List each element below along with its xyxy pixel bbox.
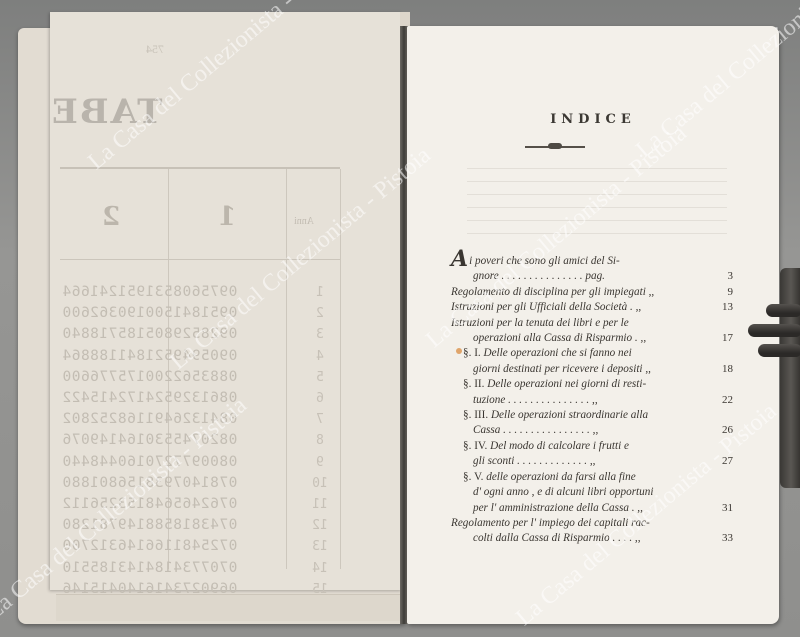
section-mark: §. I. [463, 347, 481, 359]
section-mark: §. IV. [463, 440, 487, 452]
row-index: 2 [308, 303, 332, 324]
toc-entry: Istruzioni per gli Ufficiali della Socie… [451, 300, 733, 315]
page-number: 3 [713, 269, 733, 284]
toc-entry: Regolamento di disciplina per gli impieg… [451, 285, 733, 300]
page-number: 22 [713, 393, 733, 408]
table-header-rule [60, 259, 340, 260]
folded-table-page: 754 TABE 2 1 Anni 0975608531951241664 09… [50, 12, 402, 590]
table-row: 0975608531951241664 [62, 282, 292, 303]
corner-mark: 754 [146, 42, 164, 57]
row-index: 6 [308, 388, 332, 409]
fold-bottom-strip [56, 594, 402, 621]
clip-finger [758, 344, 800, 357]
table-row: 0725481166146312700 [62, 536, 292, 557]
page-number: 33 [713, 531, 733, 546]
row-index: 11 [308, 494, 332, 515]
toc-entry: §. III. Delle operazioni straordinarie a… [451, 408, 733, 439]
column-header-anni: Anni [294, 216, 314, 227]
table-row: 0928529805185718840 [62, 324, 292, 345]
toc-entry: §. II. Delle operazioni nei giorni di re… [451, 377, 733, 408]
row-index: 9 [308, 452, 332, 473]
table-of-contents: Ai poveri che sono gli amici del Si- gno… [451, 252, 733, 547]
row-index: 8 [308, 430, 332, 451]
page-number: 13 [713, 300, 733, 315]
column-header-2: 2 [102, 202, 120, 232]
row-index: 5 [308, 367, 332, 388]
page-number: 18 [713, 362, 733, 377]
table-row: 0883562200175776600 [62, 367, 292, 388]
page-title: INDICE [407, 112, 779, 127]
toc-entry: §. V. delle operazioni da farsi alla fin… [451, 470, 733, 516]
section-mark: §. V. [463, 471, 483, 483]
row-index: 13 [308, 536, 332, 557]
page-number: 26 [713, 423, 733, 438]
table-top-rule [60, 167, 340, 169]
table-row: 0820745530164149076 [62, 430, 292, 451]
section-mark: §. III. [463, 409, 488, 421]
table-row: 0743818588149781280 [62, 515, 292, 536]
toc-entry: Regolamento per l' impiego dei capitali … [451, 516, 733, 547]
clip-finger [748, 324, 800, 337]
column-header-1: 1 [218, 202, 236, 232]
row-index: 3 [308, 324, 332, 345]
drop-cap: A [451, 246, 468, 272]
toc-entry: §. IV. Del modo di calcolare i frutti e … [451, 439, 733, 470]
row-index: 14 [308, 558, 332, 579]
table-row: 0951841500190362600 [62, 303, 292, 324]
table-row: 0841326491168252802 [62, 409, 292, 430]
table-row: 0707734184143185510 [62, 558, 292, 579]
toc-entry: Ai poveri che sono gli amici del Si- gno… [451, 252, 733, 285]
table-row: 0861329524172415422 [62, 388, 292, 409]
row-index: 4 [308, 346, 332, 367]
column-divider [340, 169, 341, 569]
table-row: 0781407938156801880 [62, 473, 292, 494]
table-row: 0905949521841188864 [62, 346, 292, 367]
row-index-column: 1 2 3 4 5 6 7 8 9 10 11 12 13 14 15 [308, 282, 332, 600]
page-number: 9 [713, 285, 733, 300]
index-page: INDICE Ai poveri che sono gli amici del … [407, 26, 779, 624]
toc-entry: Istruzioni per la tenuta dei libri e per… [451, 316, 733, 347]
section-mark: §. II. [463, 378, 484, 390]
ornament-center [548, 143, 562, 149]
show-through-text [467, 156, 727, 266]
toc-entry: §. I. Delle operazioni che si fanno nei … [451, 346, 733, 377]
table-row: 0762465648153256112 [62, 494, 292, 515]
clip-body [780, 268, 800, 488]
page-number: 31 [713, 501, 733, 516]
row-index: 10 [308, 473, 332, 494]
mirrored-table-header: TABE [50, 92, 320, 132]
page-weight-clip [748, 268, 800, 488]
row-index: 12 [308, 515, 332, 536]
page-number: 27 [713, 454, 733, 469]
table-row: 0800977270160448440 [62, 452, 292, 473]
row-index: 7 [308, 409, 332, 430]
clip-finger [766, 304, 800, 317]
row-index: 1 [308, 282, 332, 303]
mirrored-number-rows: 0975608531951241664 0951841500190362600 … [62, 282, 292, 600]
page-number: 17 [713, 331, 733, 346]
stain-mark [456, 348, 462, 354]
